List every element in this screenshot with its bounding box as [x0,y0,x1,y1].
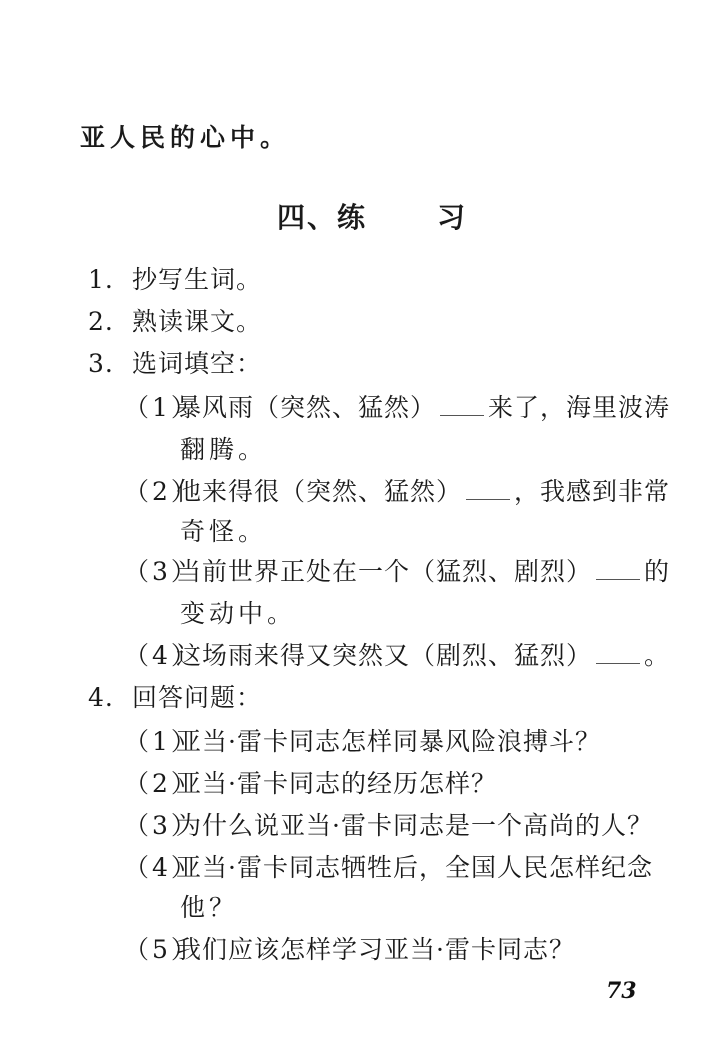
question-number: （2） [124,768,176,800]
carryover-text: 亚人民的心中。 [80,122,290,154]
fill-blank-item-4: （4）这场雨来得又突然又（剧烈、猛烈）。 [124,640,670,672]
fill-blank-continuation-3: 变动中。 [180,598,296,630]
fill-blank-before: 他来得很（突然、猛然） [176,477,462,506]
fill-blank-after: ，我感到非常 [514,477,670,506]
exercise-number: 2. [88,306,132,338]
question-text: 亚当·雷卡同志的经历怎样？ [176,769,497,798]
section-heading-part1: 四、练 [277,201,367,234]
exercise-number: 1. [88,264,132,296]
question-item-1: （1）亚当·雷卡同志怎样同暴风险浪搏斗？ [124,726,601,758]
exercise-item-2: 2.熟读课文。 [88,306,262,338]
section-heading: 四、练习 [277,200,467,236]
section-heading-part2: 习 [437,201,467,234]
exercise-text: 抄写生词。 [132,265,262,294]
question-number: （3） [124,810,176,842]
question-number: （4） [124,852,176,884]
fill-blank-after: 。 [644,641,670,670]
fill-blank-item-3: （3）当前世界正处在一个（猛烈、剧烈）的 [124,556,670,588]
fill-blank-after: 的 [644,557,670,586]
question-continuation-4: 他？ [180,892,238,924]
question-text: 为什么说亚当·雷卡同志是一个高尚的人？ [176,811,653,840]
exercise-item-1: 1.抄写生词。 [88,264,262,296]
fill-blank-number: （4） [124,640,176,672]
fill-blank-item-2: （2）他来得很（突然、猛然），我感到非常 [124,476,670,508]
exercise-text: 熟读课文。 [132,307,262,336]
question-item-3: （3）为什么说亚当·雷卡同志是一个高尚的人？ [124,810,653,842]
fill-blank-number: （1） [124,392,176,424]
exercise-text: 选词填空： [132,349,262,378]
exercise-number: 3. [88,348,132,380]
exercise-number: 4. [88,682,132,714]
fill-blank-before: 这场雨来得又突然又（剧烈、猛烈） [176,641,592,670]
question-item-2: （2）亚当·雷卡同志的经历怎样？ [124,768,497,800]
question-item-4: （4）亚当·雷卡同志牺牲后，全国人民怎样纪念 [124,852,653,884]
question-number: （5） [124,934,176,966]
fill-blank-before: 暴风雨（突然、猛然） [176,393,436,422]
question-text: 亚当·雷卡同志牺牲后，全国人民怎样纪念 [176,853,653,882]
fill-blank-before: 当前世界正处在一个（猛烈、剧烈） [176,557,592,586]
fill-blank-continuation-2: 奇怪。 [180,516,267,548]
exercise-item-4: 4.回答问题： [88,682,262,714]
answer-blank [440,395,484,416]
answer-blank [466,479,510,500]
answer-blank [596,643,640,664]
fill-blank-item-1: （1）暴风雨（突然、猛然）来了，海里波涛 [124,392,670,424]
question-text: 我们应该怎样学习亚当·雷卡同志？ [176,935,575,964]
answer-blank [596,559,640,580]
page-number: 73 [606,978,637,1004]
fill-blank-after: 来了，海里波涛 [488,393,670,422]
fill-blank-number: （3） [124,556,176,588]
question-item-5: （5）我们应该怎样学习亚当·雷卡同志？ [124,934,575,966]
exercise-item-3: 3.选词填空： [88,348,262,380]
fill-blank-number: （2） [124,476,176,508]
question-number: （1） [124,726,176,758]
question-text: 亚当·雷卡同志怎样同暴风险浪搏斗？ [176,727,601,756]
exercise-text: 回答问题： [132,683,262,712]
fill-blank-continuation-1: 翻腾。 [180,434,267,466]
